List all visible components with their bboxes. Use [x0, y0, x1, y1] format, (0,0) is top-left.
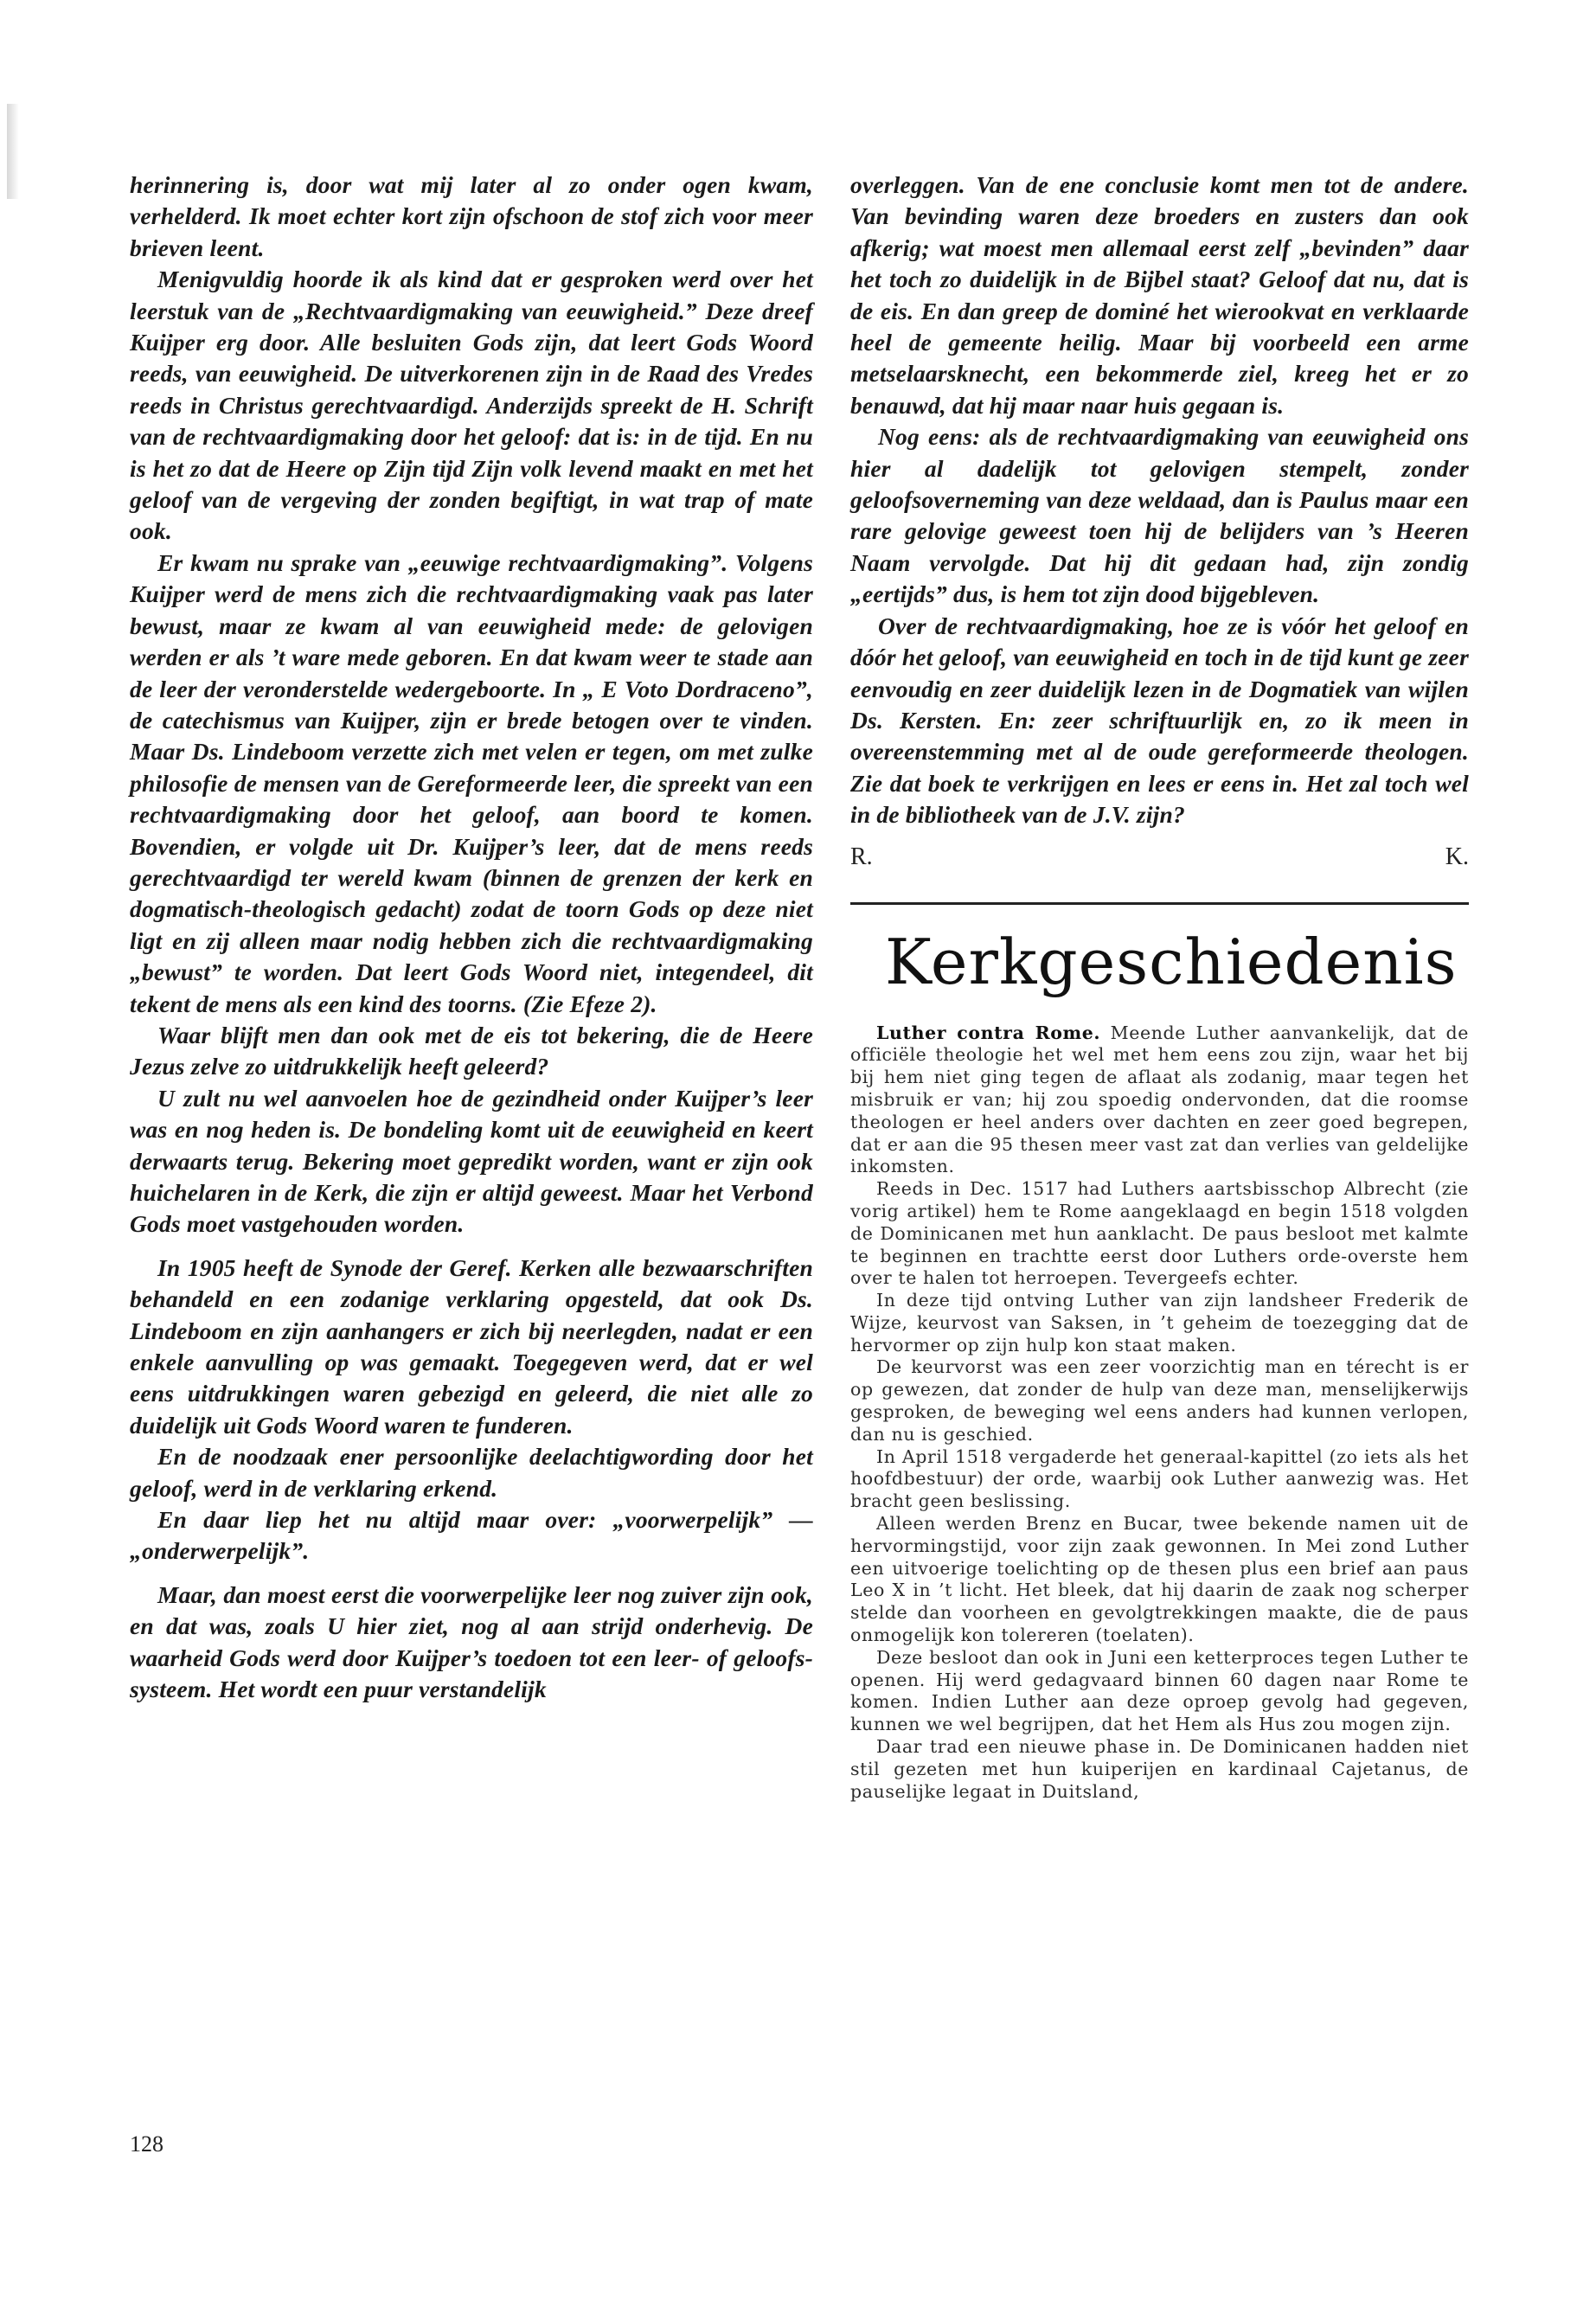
lead-text: Meende Luther aanvankelijk, dat de offic…: [850, 1022, 1469, 1177]
paragraph: U zult nu wel aanvoelen hoe de gezindhei…: [130, 1083, 813, 1240]
paragraph: En de noodzaak ener persoonlijke deelach…: [130, 1441, 813, 1504]
paragraph: In deze tijd ontving Luther van zijn lan…: [850, 1290, 1469, 1356]
section-divider: [850, 902, 1469, 905]
right-column: overleggen. Van de ene conclusie komt me…: [850, 170, 1469, 1803]
paragraph: En daar liep het nu altijd maar over: „v…: [130, 1504, 813, 1567]
paragraph: Over de rechtvaardigmaking, hoe ze is vó…: [850, 611, 1469, 831]
paragraph: overleggen. Van de ene conclusie komt me…: [850, 170, 1469, 421]
paragraph: Nog eens: als de rechtvaardigmaking van …: [850, 421, 1469, 610]
scan-page-edge: [7, 104, 19, 199]
paragraph: Maar, dan moest eerst die voorwerpelijke…: [130, 1580, 813, 1706]
paragraph: Deze besloot dan ook in Juni een ketterp…: [850, 1647, 1469, 1736]
signature-initial-left: R.: [850, 842, 873, 873]
left-column: herinnering is, door wat mij later al zo…: [130, 170, 813, 1706]
letter-continuation: overleggen. Van de ene conclusie komt me…: [850, 170, 1469, 831]
section-body: Luther contra Rome. Meende Luther aanvan…: [850, 1022, 1469, 1804]
paragraph: Alleen werden Brenz en Bucar, twee beken…: [850, 1513, 1469, 1647]
lead-paragraph: Luther contra Rome. Meende Luther aanvan…: [850, 1022, 1469, 1179]
section-title: Kerkgeschiedenis: [885, 927, 1469, 997]
signature-initial-right: K.: [1445, 842, 1469, 873]
signature: R. K.: [850, 842, 1469, 873]
paragraph: Reeds in Dec. 1517 had Luthers aartsbiss…: [850, 1178, 1469, 1290]
paragraph: Waar blijft men dan ook met de eis tot b…: [130, 1020, 813, 1083]
paragraph: herinnering is, door wat mij later al zo…: [130, 170, 813, 264]
paragraph: Daar trad een nieuwe phase in. De Domini…: [850, 1736, 1469, 1803]
paragraph: Menigvuldig hoorde ik als kind dat er ge…: [130, 264, 813, 548]
paragraph: Er kwam nu sprake van „eeuwige rechtvaar…: [130, 548, 813, 1020]
lead-title: Luther contra Rome.: [876, 1022, 1100, 1043]
paragraph: In 1905 heeft de Synode der Geref. Kerke…: [130, 1253, 813, 1441]
paragraph: In April 1518 vergaderde het generaal-ka…: [850, 1446, 1469, 1513]
paragraph: De keurvorst was een zeer voorzichtig ma…: [850, 1356, 1469, 1445]
page-number: 128: [130, 2131, 163, 2157]
